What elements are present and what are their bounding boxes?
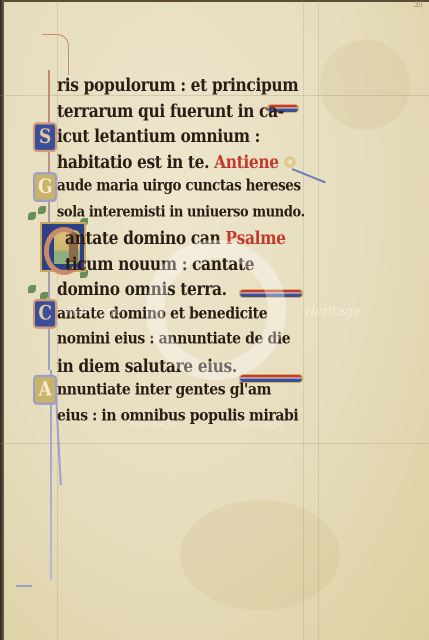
ivy-leaf	[28, 285, 36, 293]
parchment-stain	[320, 40, 410, 130]
ivy-leaf	[28, 212, 36, 220]
watermark-text: Heritage	[66, 305, 122, 320]
watermark-text: Heritage	[305, 305, 361, 320]
manuscript-page: 35 ris populorum : et principum terrarum…	[0, 0, 429, 640]
decorated-initial-c: C	[35, 301, 55, 326]
parchment-stain	[180, 500, 340, 610]
line-text: nnuntiate inter gentes gl'am	[57, 381, 271, 399]
marginal-tendril-end	[16, 585, 32, 587]
marginal-flourish	[42, 34, 69, 75]
watermark-text: Heritage	[130, 418, 177, 431]
decorated-initial-g: G	[35, 174, 55, 199]
line-text: terrarum qui fuerunt in ca-	[57, 99, 284, 121]
line-text: habitatio est in te.	[57, 150, 209, 172]
ruling-line	[0, 443, 429, 444]
folio-number: 35	[414, 1, 423, 9]
ivy-leaf	[38, 206, 46, 214]
page-top-edge	[0, 0, 429, 2]
rubric-antiene: Antiene	[214, 150, 279, 172]
decorated-initial-a: A	[35, 377, 55, 402]
line-text: sola interemisti in uniuerso mundo.	[57, 203, 305, 220]
watermark-copyright-ring	[146, 240, 286, 380]
watermark-text: Heritage	[236, 418, 283, 431]
text-line-5: Gaude maria uirgo cunctas hereses	[35, 172, 317, 201]
line-text: icut letantium omnium :	[57, 125, 260, 147]
text-line-13: Annuntiate inter gentes gl'am	[35, 376, 317, 405]
line-text: aude maria uirgo cunctas hereses	[57, 177, 301, 195]
line-text: ris populorum : et principum	[57, 74, 298, 96]
text-line-3: Sicut letantium omnium :	[35, 121, 317, 150]
page-left-edge	[0, 0, 4, 640]
decorated-initial-s: S	[35, 125, 55, 150]
text-line-1: ris populorum : et principum	[57, 70, 317, 99]
ivy-leaf	[40, 292, 48, 300]
ruling-line	[318, 0, 319, 640]
